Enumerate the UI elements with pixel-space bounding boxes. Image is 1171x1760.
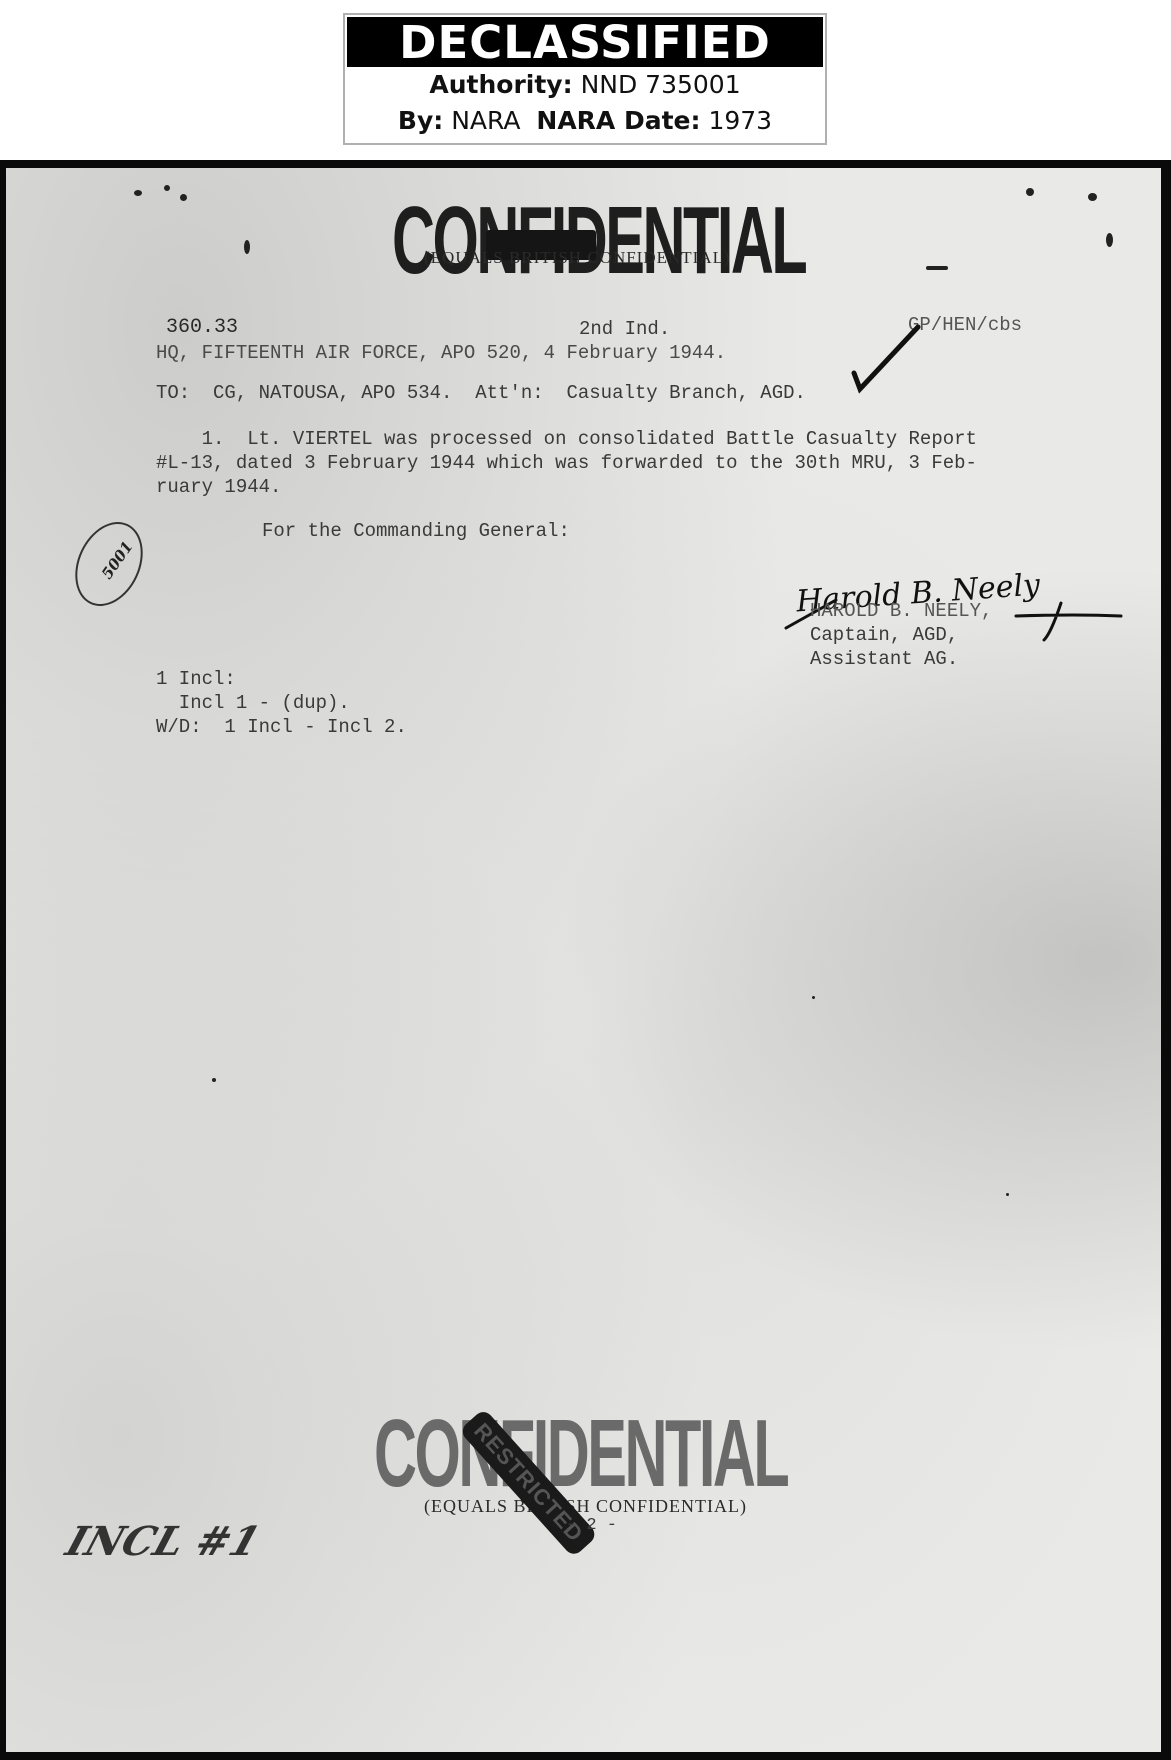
- staple-mark: [164, 185, 170, 191]
- staple-mark: [1026, 188, 1034, 196]
- incl-handwritten-note: INCL #1: [60, 1518, 266, 1565]
- staple-mark: [134, 190, 142, 196]
- enclosure-line: 1 Incl:: [156, 668, 236, 690]
- by-label: By:: [398, 106, 443, 135]
- scanned-page-frame: CONFIDENTIAL (EQUALS BRITISH CONFIDENTIA…: [0, 160, 1171, 1760]
- ink-mark: [926, 266, 948, 270]
- page-number: - 2 -: [566, 1516, 617, 1535]
- confidential-stamp-bottom-sub: (EQUALS BRITISH CONFIDENTIAL): [424, 1496, 747, 1517]
- paragraph-line: 1. Lt. VIERTEL was processed on consolid…: [156, 428, 977, 450]
- by-value: NARA: [451, 106, 520, 135]
- confidential-stamp-bottom: CONFIDENTIAL: [374, 1406, 787, 1502]
- paragraph-line: #L-13, dated 3 February 1944 which was f…: [156, 452, 977, 474]
- enclosure-line: W/D: 1 Incl - Incl 2.: [156, 716, 407, 738]
- declassification-box: DECLASSIFIED Authority: NND 735001 By: N…: [343, 13, 827, 145]
- speck: [212, 1078, 216, 1082]
- file-number: 360.33: [166, 316, 238, 339]
- staple-mark: [244, 240, 250, 254]
- to-line: TO: CG, NATOUSA, APO 534. Att'n: Casualt…: [156, 382, 806, 404]
- enclosure-line: Incl 1 - (dup).: [156, 692, 350, 714]
- signer-name: HAROLD B. NEELY,: [810, 600, 992, 622]
- authority-line: Authority: NND 735001: [345, 67, 825, 103]
- date-value: 1973: [708, 106, 772, 135]
- from-line: HQ, FIFTEENTH AIR FORCE, APO 520, 4 Febr…: [156, 342, 726, 364]
- signer-rank: Captain, AGD,: [810, 624, 958, 646]
- circled-number: 5001: [98, 538, 137, 583]
- staple-mark: [1088, 193, 1097, 201]
- checkmark-icon: [846, 323, 926, 398]
- confidential-stamp-top: CONFIDENTIAL: [392, 193, 805, 289]
- staple-mark: [180, 194, 187, 201]
- indorsement-label: 2nd Ind.: [579, 318, 670, 340]
- speck: [812, 996, 815, 999]
- by-date-line: By: NARA NARA Date: 1973: [345, 103, 825, 139]
- paragraph-line: ruary 1944.: [156, 476, 281, 498]
- authority-value: NND 735001: [581, 70, 741, 99]
- declassified-title: DECLASSIFIED: [347, 17, 823, 67]
- document-page: CONFIDENTIAL (EQUALS BRITISH CONFIDENTIA…: [6, 168, 1161, 1752]
- date-label: NARA Date:: [536, 106, 700, 135]
- confidential-stamp-top-sub: (EQUALS BRITISH CONFIDENTIAL): [424, 248, 731, 268]
- circled-annotation: 5001: [62, 511, 155, 617]
- authority-label: Authority:: [429, 70, 572, 99]
- closing-line: For the Commanding General:: [262, 520, 570, 542]
- signer-title: Assistant AG.: [810, 648, 958, 670]
- staple-mark: [1106, 233, 1113, 247]
- speck: [1006, 1193, 1009, 1196]
